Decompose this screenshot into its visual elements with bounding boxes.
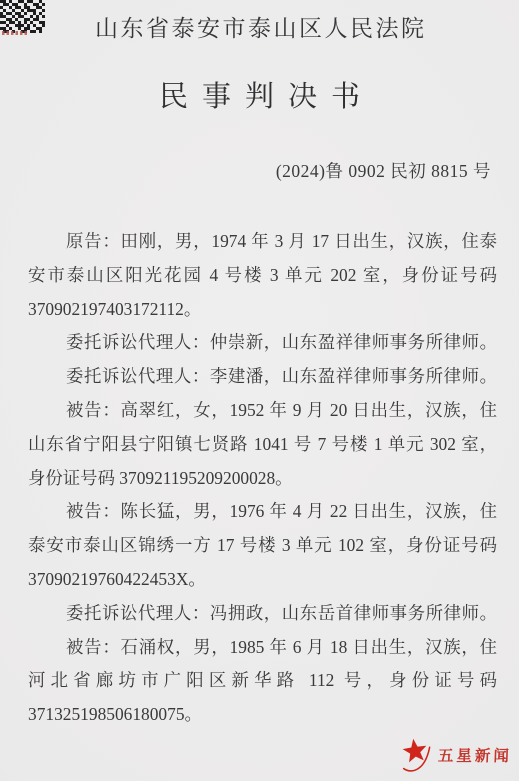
body-line: 被告：石涌权，男，1985 年 6 月 18 日出生，汉族，住 [28,631,497,665]
body-line: 37090219760422453X。 [28,563,497,597]
news-watermark: 五星新闻 [400,735,512,775]
body-line: 被告：陈长猛，男，1976 年 4 月 22 日出生，汉族，住 [28,495,497,529]
body-line: 河北省廊坊市广阳区新华路 112 号，身份证号码 [28,664,497,698]
body-line: 371325198506180075。 [28,698,497,732]
body-line: 370902197403172112。 [28,293,497,327]
star-icon [397,733,435,777]
document-body: 原告：田刚，男，1974 年 3 月 17 日出生，汉族，住泰 安市泰山区阳光花… [28,225,497,732]
watermark-text: 五星新闻 [438,744,513,766]
body-line: 委托诉讼代理人：冯拥政，山东岳首律师事务所律师。 [28,597,497,631]
body-line: 身份证号码 370921195209200028。 [28,462,497,496]
body-line: 原告：田刚，男，1974 年 3 月 17 日出生，汉族，住泰 [28,225,497,259]
body-line: 山东省宁阳县宁阳镇七贤路 1041 号 7 号楼 1 单元 302 室， [28,428,497,462]
body-line: 委托诉讼代理人：仲崇新，山东盈祥律师事务所律师。 [28,326,497,360]
case-number: (2024)鲁 0902 民初 8815 号 [276,158,491,183]
body-line: 安市泰山区阳光花园 4 号楼 3 单元 202 室，身份证号码 [28,259,497,293]
judgment-document-page: 山东省泰安市泰山区人民法院 民事判决书 (2024)鲁 0902 民初 8815… [0,0,519,781]
court-name: 山东省泰安市泰山区人民法院 [0,10,519,43]
body-line: 泰安市泰山区锦绣一方 17 号楼 3 单元 102 室，身份证号码 [28,529,497,563]
document-title: 民事判决书 [0,74,519,115]
body-line: 委托诉讼代理人：李建潘，山东盈祥律师事务所律师。 [28,360,497,394]
body-line: 被告：高翠红，女，1952 年 9 月 20 日出生，汉族，住 [28,394,497,428]
